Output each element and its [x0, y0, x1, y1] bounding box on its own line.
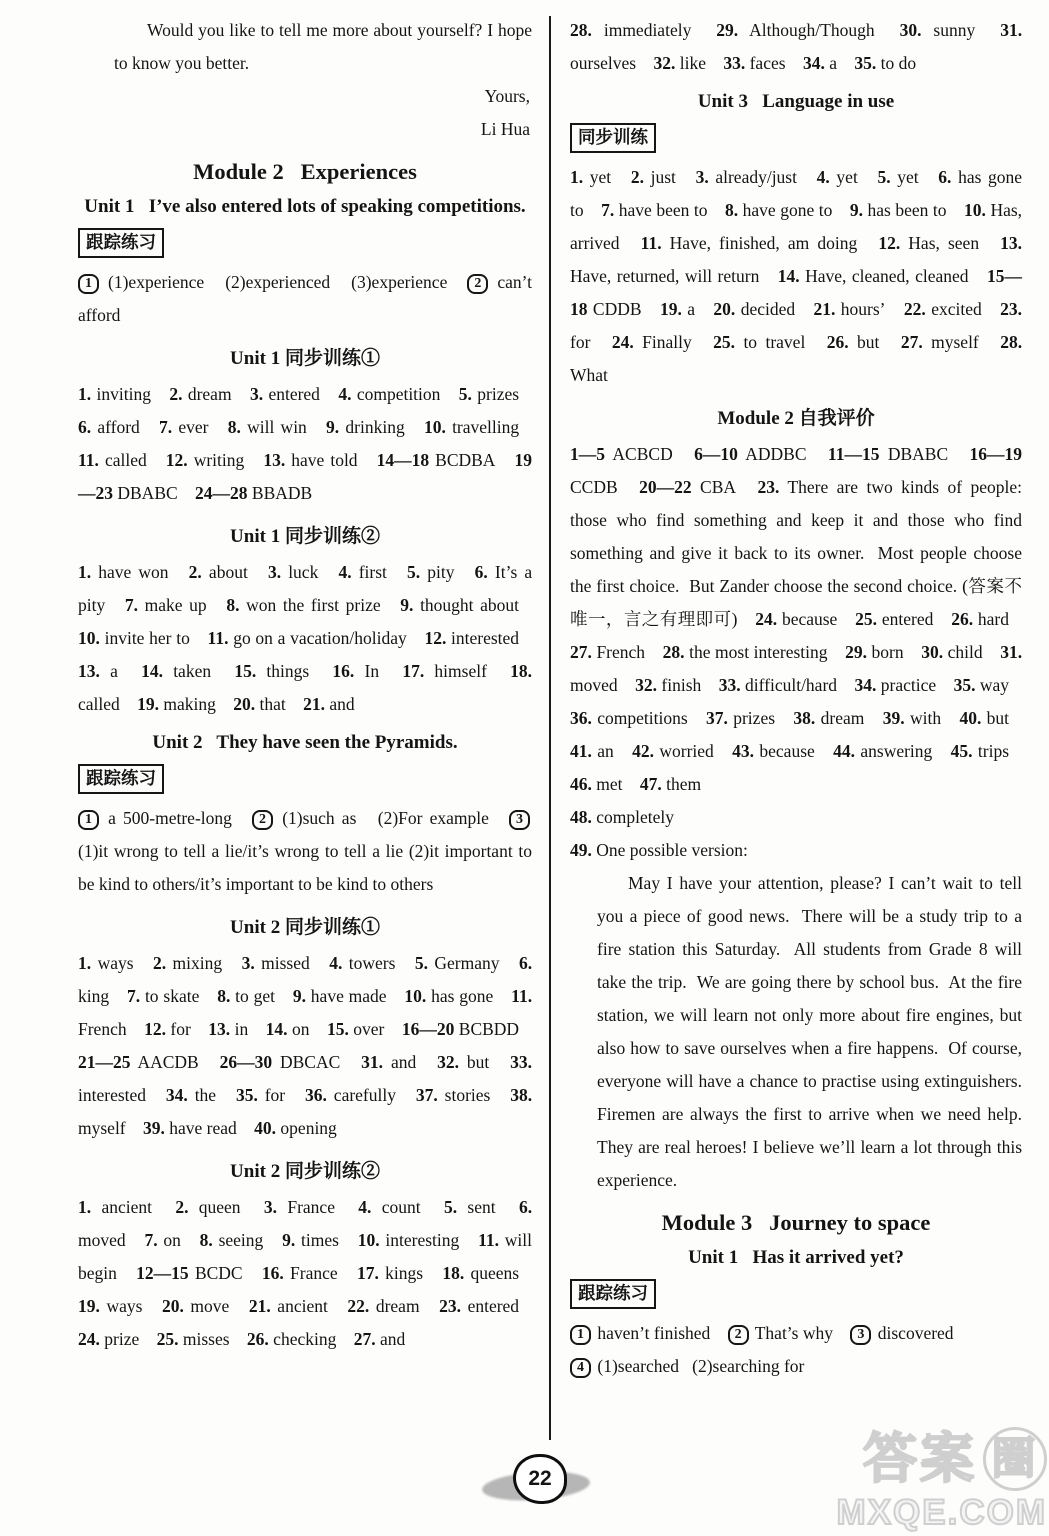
answer-text: CCDB — [570, 477, 618, 497]
answer-number: 20—22 — [639, 477, 692, 497]
answer-item: 2 That’s why — [728, 1323, 833, 1343]
answer-number: 3. — [250, 384, 263, 404]
answer-item: 4. first — [338, 562, 386, 582]
module-heading: Module 3 Journey to space — [570, 1210, 1022, 1236]
answer-item: 13. have told — [263, 450, 357, 470]
answer-item: 48. completely — [570, 807, 674, 827]
answer-text: kings — [385, 1263, 423, 1283]
answer-number: 35. — [854, 53, 876, 73]
answer-number: 44. — [833, 741, 855, 761]
answer-item: 3. luck — [268, 562, 318, 582]
answer-number: 40. — [254, 1118, 276, 1138]
answer-text: for — [570, 332, 590, 352]
answer-number: 37. — [706, 708, 728, 728]
answer-item: 27. and — [354, 1329, 406, 1349]
answer-item: 24—28 BBADB — [195, 483, 312, 503]
unit-heading: Unit 1 同步训练① — [78, 343, 532, 370]
answer-item: 26. hard — [951, 609, 1009, 629]
answer-item: 36. carefully — [305, 1085, 396, 1105]
answer-number: 1. — [78, 384, 91, 404]
answer-item: 20. decided — [713, 299, 795, 319]
answer-number: 33. — [723, 53, 745, 73]
answer-item: 35. to do — [854, 53, 916, 73]
paragraph: Li Hua — [78, 113, 532, 146]
answer-text: ancient — [101, 1197, 152, 1217]
answer-number: 2. — [153, 953, 166, 973]
answer-number: 19. — [660, 299, 682, 319]
answer-number: 26. — [247, 1329, 269, 1349]
answer-item: 9. has been to — [850, 200, 947, 220]
answer-number: 37. — [416, 1085, 438, 1105]
answer-item: 10. interesting — [358, 1230, 460, 1250]
answer-item: 21. ancient — [249, 1296, 328, 1316]
answer-text: In — [365, 661, 380, 681]
boxed-answer-number: 3 — [850, 1325, 871, 1345]
answer-number: 5. — [444, 1197, 457, 1217]
unit-heading: Unit 2 同步训练② — [78, 1156, 532, 1183]
answer-number: 30. — [900, 20, 922, 40]
answer-text: discovered — [878, 1323, 954, 1343]
answer-text: French — [78, 1019, 127, 1039]
answer-text: One possible version: — [596, 840, 748, 860]
answer-item: 7. have been to — [601, 200, 707, 220]
answer-item: 7. ever — [159, 417, 208, 437]
answer-text: them — [666, 774, 701, 794]
answer-text: queens — [470, 1263, 519, 1283]
answer-text: dream — [188, 384, 232, 404]
answer-item: 23. There are two kinds of people: those… — [570, 477, 1026, 629]
answer-number: 9. — [293, 986, 306, 1006]
answer-text: over — [353, 1019, 384, 1039]
answer-number: 19. — [137, 694, 159, 714]
answer-text: ever — [178, 417, 208, 437]
answer-item: 12. Has, seen — [878, 233, 979, 253]
answer-text: already/just — [715, 167, 797, 187]
answer-item: 3. missed — [242, 953, 310, 973]
answer-text: finish — [661, 675, 701, 695]
answer-number: 34. — [166, 1085, 188, 1105]
answer-item: 49. One possible version: — [570, 840, 748, 860]
answer-number: 40. — [959, 708, 981, 728]
answer-text: king — [78, 986, 109, 1006]
answer-item: 1. have won — [78, 562, 169, 582]
answer-number: 12—15 — [136, 1263, 189, 1283]
answer-number: 35. — [954, 675, 976, 695]
unit-heading: Unit 2 同步训练① — [78, 912, 532, 939]
answer-item: 14. on — [266, 1019, 310, 1039]
answer-item: 1. ancient — [78, 1197, 152, 1217]
answer-text: making — [163, 694, 216, 714]
answer-item: 26. checking — [247, 1329, 336, 1349]
answer-block: 1. yet 2. just 3. already/just 4. yet 5.… — [570, 161, 1022, 392]
answer-item: 11. go on a vacation/holiday — [208, 628, 407, 648]
answer-number: 11. — [478, 1230, 499, 1250]
answer-item: 34. a — [803, 53, 837, 73]
answer-number: 33. — [510, 1052, 532, 1072]
answer-item: 8. will win — [228, 417, 307, 437]
answer-item: 30. child — [921, 642, 982, 662]
answer-text: yet — [590, 167, 611, 187]
answer-text: met — [596, 774, 622, 794]
answer-text: entered — [882, 609, 934, 629]
answer-text: There are two kinds of people: those who… — [570, 477, 1026, 629]
answer-item: 20—22 CBA — [639, 477, 736, 497]
boxed-answer-number: 2 — [728, 1325, 749, 1345]
answer-text: move — [190, 1296, 229, 1316]
answer-text: drinking — [345, 417, 404, 437]
column-divider — [549, 16, 551, 1440]
answer-number: 23. — [757, 477, 779, 497]
answer-text: make up — [145, 595, 207, 615]
answer-number: 5. — [407, 562, 420, 582]
answer-number: 22. — [904, 299, 926, 319]
answer-item: 10. travelling — [424, 417, 519, 437]
watermark-circle-logo: 圈 — [983, 1427, 1047, 1491]
answer-text: but — [857, 332, 879, 352]
answer-text: BCDC — [195, 1263, 243, 1283]
answer-text: a — [687, 299, 695, 319]
answer-number: 6. — [78, 417, 91, 437]
answer-item: 18. queens — [442, 1263, 519, 1283]
answer-item: 8. to get — [217, 986, 275, 1006]
answer-item: 8. seeing — [200, 1230, 264, 1250]
answer-text: Has, seen — [908, 233, 979, 253]
answer-text: that — [260, 694, 286, 714]
answer-text: DBCAC — [280, 1052, 340, 1072]
answer-text: France — [287, 1197, 335, 1217]
answer-item: 5. yet — [877, 167, 918, 187]
answer-number: 9. — [850, 200, 863, 220]
answer-number: 16—19 — [970, 444, 1023, 464]
answer-block: 1. inviting 2. dream 3. entered 4. compe… — [78, 378, 532, 510]
answer-text: interested — [451, 628, 519, 648]
answer-text: interesting — [385, 1230, 459, 1250]
answer-text: French — [596, 642, 645, 662]
answer-text: have gone to — [743, 200, 833, 220]
answer-item: 10. has gone — [404, 986, 493, 1006]
answer-item: 7. on — [144, 1230, 180, 1250]
answer-text: inviting — [97, 384, 151, 404]
answer-number: 34. — [803, 53, 825, 73]
answer-item: 20. move — [162, 1296, 229, 1316]
answer-number: 12. — [166, 450, 188, 470]
answer-number: 10. — [358, 1230, 380, 1250]
answer-text: pity — [427, 562, 454, 582]
answer-text: writing — [194, 450, 245, 470]
answer-block: 1 a 500-metre-long 2 (1)such as (2)For e… — [78, 802, 532, 901]
answer-block: 1—5 ACBCD 6—10 ADDBC 11—15 DBABC 16—19 C… — [570, 438, 1022, 867]
answer-text: haven’t finished — [597, 1323, 710, 1343]
answer-item: 40. opening — [254, 1118, 337, 1138]
answer-item: 38. dream — [793, 708, 864, 728]
answer-text: will win — [247, 417, 307, 437]
answer-number: 8. — [228, 417, 241, 437]
answer-number: 10. — [424, 417, 446, 437]
answer-text: afford — [97, 417, 139, 437]
answer-text: have made — [311, 986, 387, 1006]
answer-number: 8. — [200, 1230, 213, 1250]
answer-text: for — [170, 1019, 190, 1039]
answer-text: Have, finished, am doing — [670, 233, 858, 253]
answer-item: 14—18 BCDBA — [377, 450, 496, 470]
answer-item: 40. but — [959, 708, 1009, 728]
answer-number: 4. — [329, 953, 342, 973]
answer-text: himself — [434, 661, 487, 681]
answer-item: 24. prize — [78, 1329, 139, 1349]
answer-number: 42. — [632, 741, 654, 761]
answer-text: invite her to — [105, 628, 190, 648]
answer-number: 27. — [570, 642, 592, 662]
answer-number: 38. — [793, 708, 815, 728]
answer-item: 12. for — [144, 1019, 191, 1039]
answer-number: 21—25 — [78, 1052, 131, 1072]
answer-block: 1. have won 2. about 3. luck 4. first 5.… — [78, 556, 532, 721]
watermark: 答案 圈 MXQE.COM — [837, 1427, 1047, 1530]
answer-text: thought about — [420, 595, 519, 615]
answer-item: 21. and — [303, 694, 355, 714]
answer-item: 9. times — [282, 1230, 339, 1250]
answer-number: 20. — [713, 299, 735, 319]
module-heading: Module 2 Experiences — [78, 159, 532, 185]
answer-text: prizes — [477, 384, 519, 404]
unit-heading: Unit 1 I’ve also entered lots of speakin… — [78, 196, 532, 218]
answer-text: completely — [596, 807, 674, 827]
unit-heading: Unit 1 同步训练② — [78, 521, 532, 548]
answer-text: ACBCD — [612, 444, 672, 464]
answer-number: 8. — [725, 200, 738, 220]
answer-number: 45. — [951, 741, 973, 761]
answer-item: 39. have read — [143, 1118, 237, 1138]
answer-number: 4. — [817, 167, 830, 187]
answer-text: has gone — [431, 986, 493, 1006]
answer-number: 8. — [226, 595, 239, 615]
answer-item: 1 a 500-metre-long — [78, 808, 232, 828]
answer-text: sent — [467, 1197, 495, 1217]
answer-text: luck — [288, 562, 318, 582]
answer-text: yet — [897, 167, 918, 187]
answer-text: difficult/hard — [745, 675, 837, 695]
answer-number: 7. — [144, 1230, 157, 1250]
page-number-badge: 22 — [513, 1454, 567, 1504]
boxed-answer-number: 1 — [570, 1325, 591, 1345]
answer-text: seeing — [219, 1230, 264, 1250]
answer-number: 10. — [964, 200, 986, 220]
answer-item: 6—10 ADDBC — [694, 444, 806, 464]
answer-item: 3. already/just — [696, 167, 797, 187]
answer-item: 14. taken — [141, 661, 211, 681]
answer-text: mixing — [173, 953, 223, 973]
answer-text: Although/Though — [749, 20, 874, 40]
answer-number: 48. — [570, 807, 592, 827]
answer-text: first — [359, 562, 387, 582]
answer-item: 17. himself — [402, 661, 487, 681]
answer-text: CDDB — [593, 299, 642, 319]
answer-text: trips — [978, 741, 1009, 761]
answer-text: moved — [570, 675, 618, 695]
answer-item: 27. myself — [901, 332, 979, 352]
answer-number: 2. — [189, 562, 202, 582]
answer-text: and — [329, 694, 354, 714]
answer-number: 32. — [653, 53, 675, 73]
answer-number: 2. — [169, 384, 182, 404]
answer-text: called — [105, 450, 147, 470]
answer-text: excited — [931, 299, 982, 319]
answer-block: 1 (1)experience (2)experienced (3)experi… — [78, 266, 532, 332]
answer-item: 45. trips — [951, 741, 1009, 761]
answer-item: 9. have made — [293, 986, 387, 1006]
answer-number: 32. — [635, 675, 657, 695]
answer-number: 31. — [1000, 20, 1022, 40]
answer-item: 3. entered — [250, 384, 320, 404]
practice-label-row: 同步训练 — [570, 122, 1022, 155]
answer-number: 13. — [263, 450, 285, 470]
answer-number: 13. — [208, 1019, 230, 1039]
answer-number: 26—30 — [220, 1052, 273, 1072]
answer-number: 3. — [268, 562, 281, 582]
answer-number: 11. — [208, 628, 229, 648]
answer-item: 15. over — [327, 1019, 384, 1039]
answer-text: hard — [978, 609, 1009, 629]
paragraph: May I have your attention, please? I can… — [597, 867, 1022, 1197]
answer-text: stories — [445, 1085, 491, 1105]
answer-number: 38. — [510, 1085, 532, 1105]
answer-number: 25. — [713, 332, 735, 352]
answer-text: to travel — [743, 332, 805, 352]
answer-item: 33. faces — [723, 53, 785, 73]
boxed-answer-number: 1 — [78, 810, 99, 830]
answer-text: immediately — [604, 20, 691, 40]
answer-item: 26—30 DBCAC — [220, 1052, 341, 1072]
answer-number: 11—15 — [828, 444, 880, 464]
answer-number: 3. — [264, 1197, 277, 1217]
answer-text: entered — [268, 384, 320, 404]
answer-text: just — [651, 167, 676, 187]
practice-label-row: 跟踪练习 — [78, 763, 532, 796]
answer-text: go on a vacation/holiday — [233, 628, 407, 648]
answer-text: moved — [78, 1230, 126, 1250]
answer-number: 21. — [249, 1296, 271, 1316]
answer-number: 6. — [519, 953, 532, 973]
answer-item: 4. towers — [329, 953, 395, 973]
answer-text: missed — [261, 953, 310, 973]
answer-text: called — [78, 694, 120, 714]
answer-number: 21. — [814, 299, 836, 319]
answer-text: on — [163, 1230, 181, 1250]
answer-number: 36. — [570, 708, 592, 728]
answer-text: prizes — [733, 708, 775, 728]
answer-text: born — [872, 642, 904, 662]
answer-number: 5. — [877, 167, 890, 187]
answer-number: 3. — [242, 953, 255, 973]
answer-number: 9. — [282, 1230, 295, 1250]
answer-item: 12. writing — [166, 450, 244, 470]
answer-number: 6. — [475, 562, 488, 582]
practice-label-row: 跟踪练习 — [78, 227, 532, 260]
answer-text: ways — [106, 1296, 142, 1316]
answer-item: 11—15 DBABC — [828, 444, 948, 464]
answer-number: 43. — [732, 741, 754, 761]
answer-item: 35. for — [236, 1085, 285, 1105]
answer-number: 2. — [631, 167, 644, 187]
answer-text: (1)searched (2)searching for — [597, 1356, 804, 1376]
answer-number: 7. — [159, 417, 172, 437]
answer-text: (1)experience (2)experienced (3)experien… — [108, 272, 447, 292]
answer-item: 25. entered — [855, 609, 933, 629]
answer-number: 16. — [332, 661, 354, 681]
answer-text: on — [292, 1019, 310, 1039]
answer-number: 31. — [361, 1052, 383, 1072]
answer-text: have read — [169, 1118, 237, 1138]
answer-number: 39. — [883, 708, 905, 728]
answer-text: way — [980, 675, 1009, 695]
answer-item: 12—15 BCDC — [136, 1263, 242, 1283]
answer-text: dream — [821, 708, 865, 728]
answer-item: 21. hours’ — [814, 299, 886, 319]
answer-number: 34. — [854, 675, 876, 695]
answer-text: things — [266, 661, 309, 681]
answer-item: 9. drinking — [326, 417, 405, 437]
answer-item: 8. won the first prize — [226, 595, 380, 615]
answer-item: 13. a — [78, 661, 118, 681]
answer-item: 5. sent — [444, 1197, 496, 1217]
answer-item: 21—25 AACDB — [78, 1052, 199, 1072]
answer-item: 24. because — [755, 609, 837, 629]
answer-item: 47. them — [640, 774, 701, 794]
answer-item: 16. France — [262, 1263, 338, 1283]
practice-label: 跟踪练习 — [570, 1279, 656, 1309]
answer-item: 2 (1)such as (2)For example — [252, 808, 489, 828]
answer-number: 2. — [175, 1197, 188, 1217]
answer-item: 26. but — [827, 332, 880, 352]
answer-text: and — [391, 1052, 416, 1072]
answer-item: 32. like — [653, 53, 706, 73]
answer-number: 6. — [519, 1197, 532, 1217]
answer-item: 25. misses — [157, 1329, 230, 1349]
answer-text: (1)such as (2)For example — [282, 808, 489, 828]
answer-item: 33. difficult/hard — [719, 675, 837, 695]
answer-number: 26. — [951, 609, 973, 629]
answer-text: yet — [836, 167, 857, 187]
answer-text: has been to — [868, 200, 947, 220]
answer-item: 34. practice — [854, 675, 936, 695]
answer-text: myself — [931, 332, 979, 352]
answer-number: 15. — [234, 661, 256, 681]
answer-text: have told — [291, 450, 357, 470]
answer-item: 44. answering — [833, 741, 932, 761]
answer-item: 43. because — [732, 741, 815, 761]
answer-number: 24. — [78, 1329, 100, 1349]
answer-number: 28. — [1000, 332, 1022, 352]
answer-text: ourselves — [570, 53, 636, 73]
answer-number: 25. — [855, 609, 877, 629]
answer-item: 2. queen — [175, 1197, 240, 1217]
answer-number: 14—18 — [377, 450, 430, 470]
answer-number: 27. — [901, 332, 923, 352]
answer-item: 1. ways — [78, 953, 134, 973]
answer-number: 11. — [78, 450, 99, 470]
answer-text: misses — [183, 1329, 230, 1349]
answer-text: an — [597, 741, 614, 761]
answer-number: 29. — [716, 20, 738, 40]
answer-text: child — [948, 642, 983, 662]
answer-item: 13. in — [208, 1019, 248, 1039]
answer-number: 16—20 — [402, 1019, 455, 1039]
answer-item: 30. sunny — [900, 20, 976, 40]
answer-number: 20. — [162, 1296, 184, 1316]
answer-text: BCBDD — [459, 1019, 519, 1039]
answer-text: taken — [173, 661, 211, 681]
answer-block: 1 haven’t finished 2 That’s why 3 discov… — [570, 1317, 1022, 1383]
